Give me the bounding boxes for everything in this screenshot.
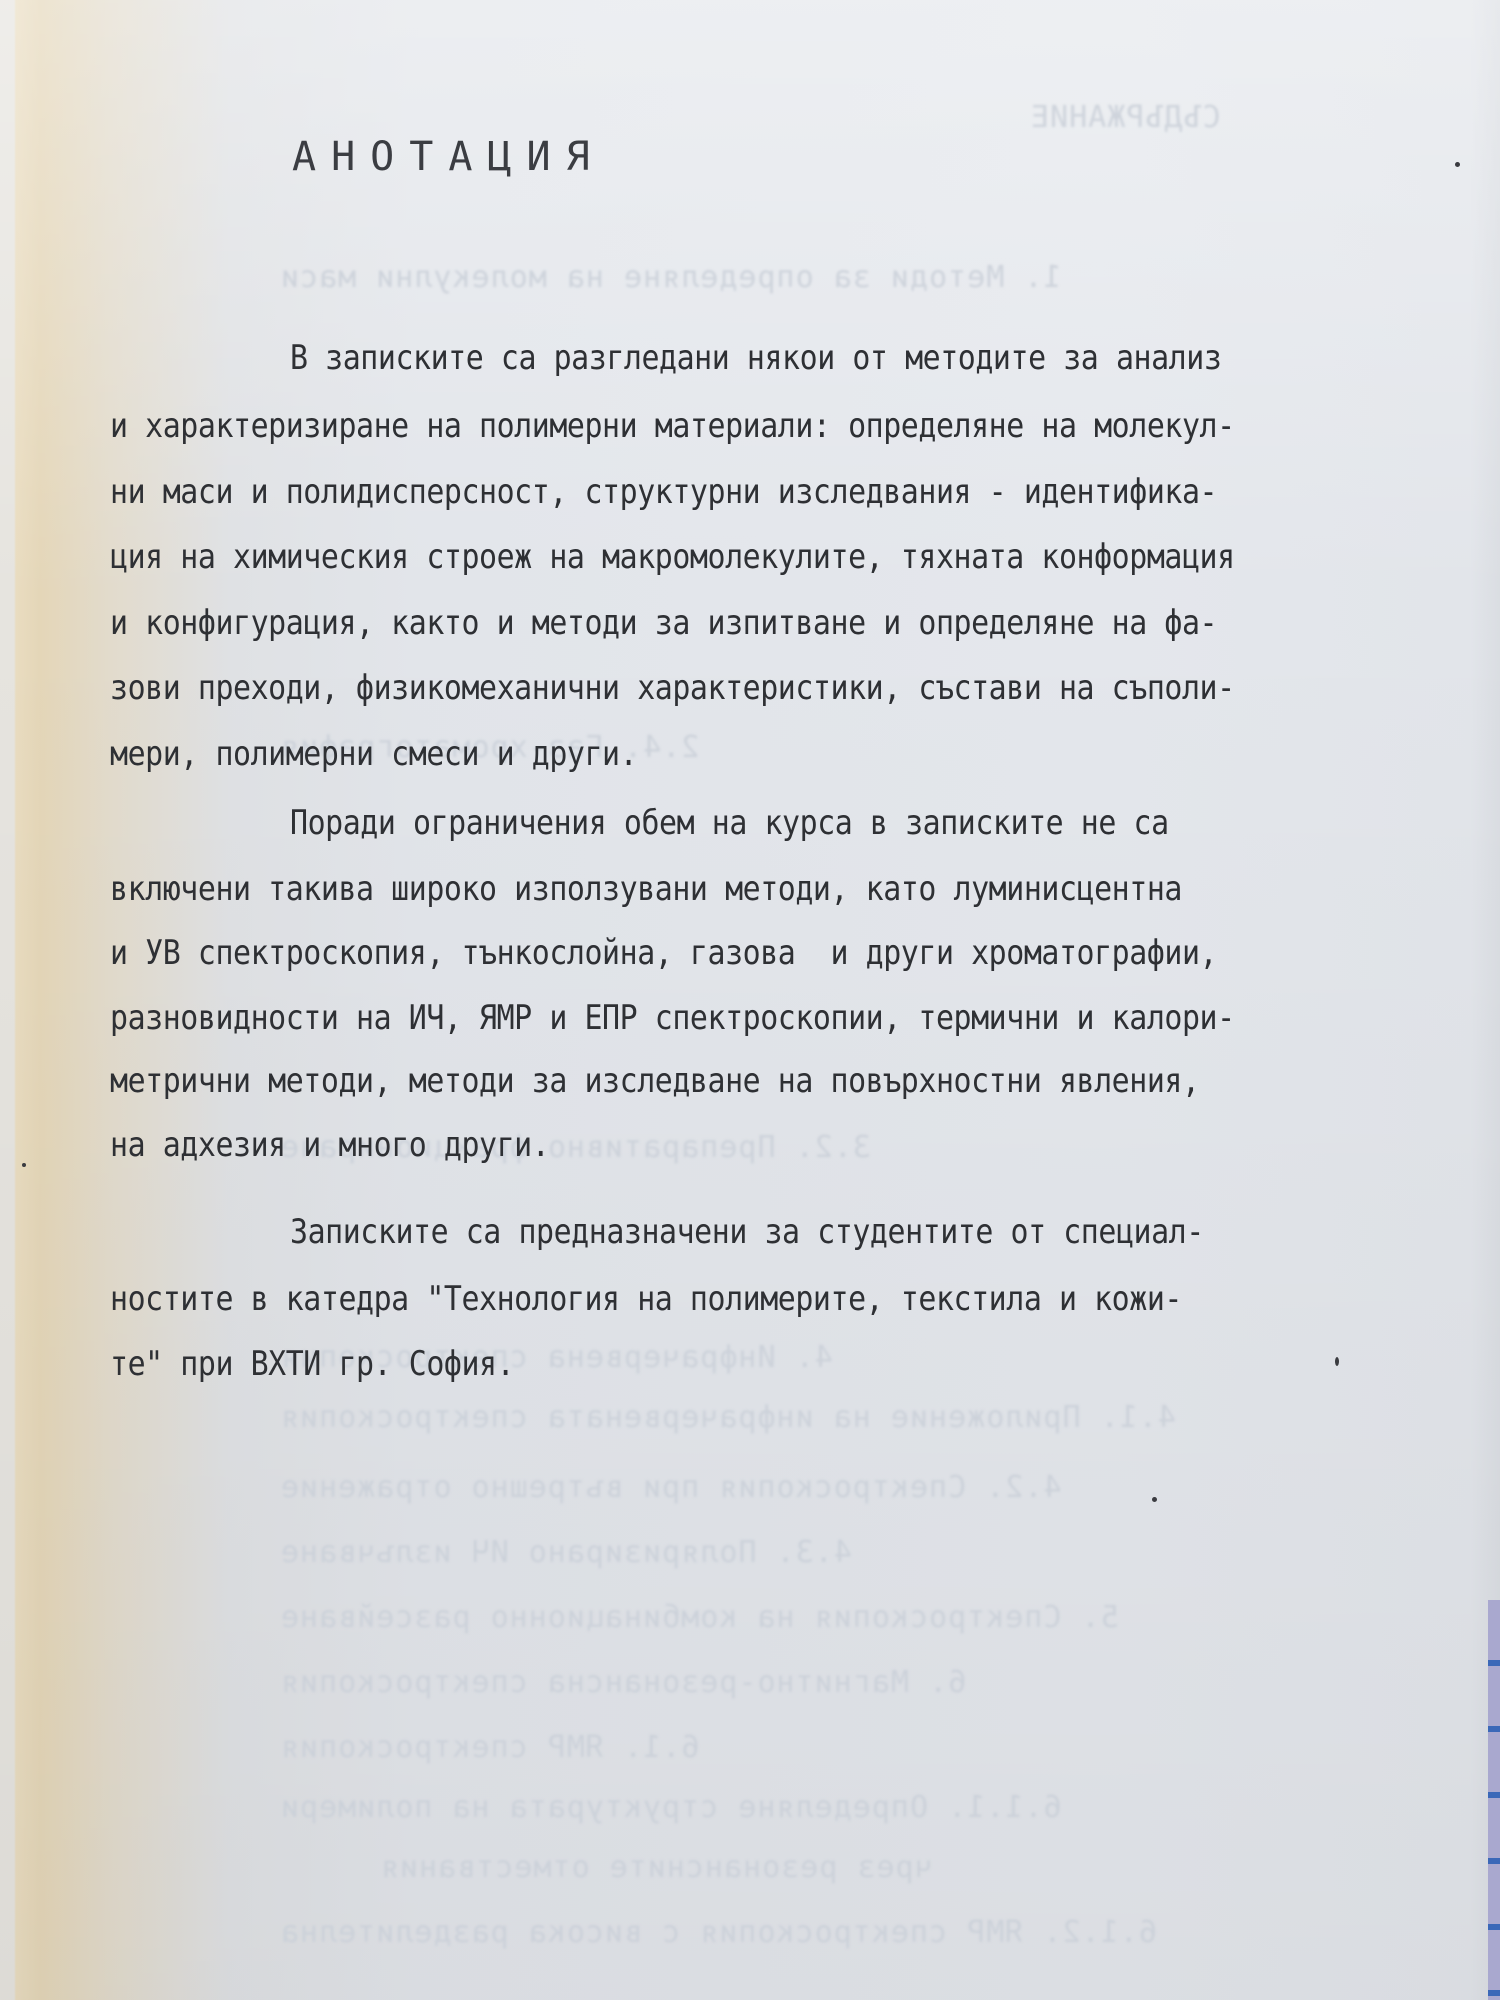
- paragraph-line: мери, полимерни смеси и други.: [110, 734, 637, 774]
- show-through-line: чрез резонансните отмествания: [380, 1850, 933, 1885]
- paragraph-line: Поради ограничения обем на курса в запис…: [290, 803, 1169, 843]
- ink-speck: [22, 1163, 26, 1167]
- show-through-line: 4.3. Поляризирано ИЧ излъчване: [280, 1535, 852, 1570]
- paragraph-line: разновидности на ИЧ, ЯМР и ЕПР спектроск…: [110, 998, 1235, 1038]
- paragraph-line: включени такива широко използувани метод…: [110, 869, 1182, 909]
- paragraph-line: ни маси и полидисперсност, структурни из…: [110, 472, 1217, 512]
- paragraph-line: на адхезия и много други.: [110, 1125, 549, 1165]
- paragraph-line: и УВ спектроскопия, тънкослойна, газова …: [110, 933, 1217, 973]
- paragraph-line: ностите в катедра "Технология на полимер…: [110, 1279, 1182, 1319]
- paragraph-line: Записките са предназначени за студентите…: [290, 1212, 1204, 1252]
- paragraph-line: и характеризиране на полимерни материали…: [110, 406, 1235, 446]
- ink-speck: [1335, 1357, 1339, 1366]
- paragraph-line: зови преходи, физикомеханични характерис…: [110, 668, 1235, 708]
- document-page: СЪДЪРЖАНИЕ1. Методи за определяне на мол…: [0, 0, 1500, 2000]
- show-through-line: 4.2. Спектроскопия при вътрешно отражени…: [280, 1470, 1062, 1505]
- paragraph-line: и конфигурация, както и методи за изпитв…: [110, 603, 1217, 643]
- paragraph-line: ция на химическия строеж на макромолекул…: [110, 537, 1235, 577]
- ink-speck: [1455, 162, 1460, 167]
- page-title: АНОТАЦИЯ: [292, 134, 605, 180]
- show-through-line: 4.1. Приложение на инфрачервената спектр…: [280, 1400, 1176, 1435]
- ink-speck: [1152, 1497, 1157, 1502]
- show-through-line: 6.1. ЯМР спектроскопия: [280, 1730, 699, 1765]
- show-through-line: 6. Магнитно-резонансна спектроскопия: [280, 1665, 966, 1700]
- show-through-line: 6.1.1. Определяне структурата на полимер…: [280, 1790, 1062, 1825]
- paragraph-line: В записките са разгледани някои от метод…: [290, 338, 1221, 378]
- show-through-line: СЪДЪРЖАНИЕ: [1030, 100, 1221, 135]
- underlying-page-edge: [1488, 1600, 1500, 2000]
- paragraph-line: те" при ВХТИ гр. София.: [110, 1344, 514, 1384]
- show-through-line: 6.1.2. ЯМР спектроскопия с висока раздел…: [280, 1915, 1157, 1950]
- paragraph-line: метрични методи, методи за изследване на…: [110, 1061, 1200, 1101]
- show-through-line: 1. Методи за определяне на молекулни мас…: [280, 260, 1062, 295]
- show-through-line: 5. Спектроскопия на комбинационно разсей…: [280, 1600, 1119, 1635]
